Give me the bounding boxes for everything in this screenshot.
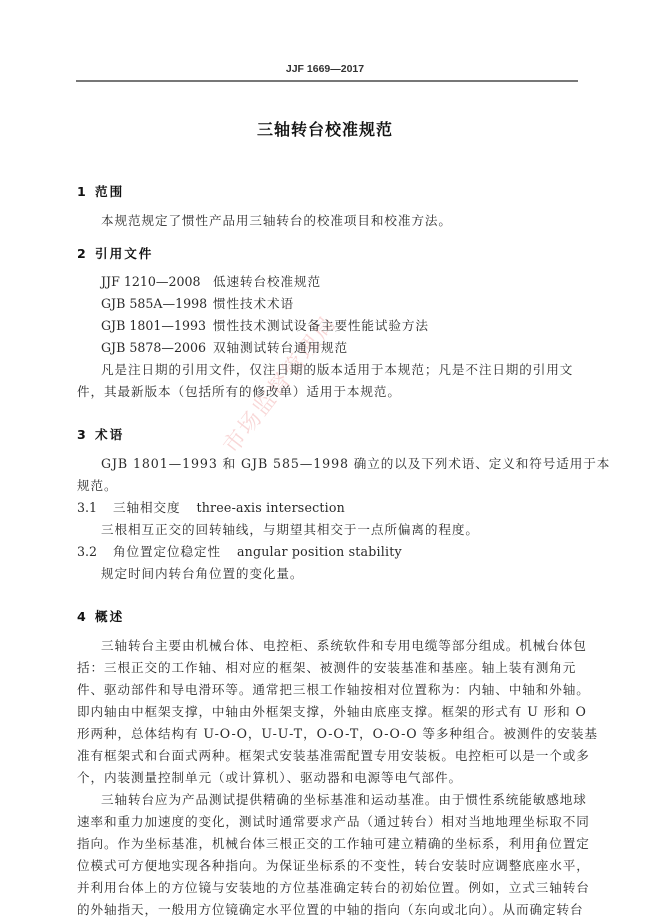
section-heading-1: 1范围	[77, 181, 124, 200]
term-number: 3.2	[77, 544, 113, 560]
reference-code: GJB 1801—1993	[101, 318, 213, 334]
term-entry-3-1: 3.1三轴相交度three-axis intersection	[77, 500, 345, 516]
section-number: 1	[77, 184, 95, 199]
header-rule	[76, 80, 578, 82]
term-number: 3.1	[77, 500, 113, 516]
section-number: 3	[77, 427, 95, 442]
paragraph-line: 速率和重力加速度的变化，测试时通常要求产品（通过转台）相对当地地理坐标取不同	[77, 814, 590, 830]
reference-item: GJB 5878—2006双轴测试转台通用规范	[101, 340, 348, 356]
section-label: 引用文件	[95, 246, 153, 261]
reference-title: 惯性技术测试设备主要性能试验方法	[213, 318, 429, 333]
paragraph-line: 本规范规定了惯性产品用三轴转台的校准项目和校准方法。	[101, 213, 452, 229]
reference-title: 低速转台校准规范	[213, 274, 321, 289]
paragraph-line: 件、驱动部件和导电滑环等。通常把三根工作轴按相对位置称为：内轴、中轴和外轴。	[77, 682, 590, 698]
paragraph-line: 并利用台体上的方位镜与安装地的方位基准确定转台的初始位置。例如，立式三轴转台	[77, 880, 590, 896]
page-title: 三轴转台校准规范	[0, 117, 650, 140]
paragraph-line: 即内轴由中框架支撑，中轴由外框架支撑，外轴由底座支撑。框架的形式有 U 形和 O	[77, 704, 587, 720]
term-chinese: 三轴相交度	[113, 500, 180, 515]
reference-item: GJB 585A—1998惯性技术术语	[101, 296, 294, 312]
term-chinese: 角位置定位稳定性	[113, 544, 221, 559]
paragraph-line: 的外轴指天，一般用方位镜确定水平位置的中轴的指向（东向或北向）。从而确定转台	[77, 902, 583, 918]
section-label: 术语	[95, 427, 124, 442]
page-number: 1	[535, 842, 542, 855]
reference-title: 惯性技术术语	[213, 296, 294, 311]
document-page: JJF 1669—2017 三轴转台校准规范 市场监督管理局 1范围 本规范规定…	[0, 0, 650, 920]
reference-code: JJF 1210—2008	[101, 274, 213, 290]
paragraph-line: 指向。作为坐标基准，机械台体三根正交的工作轴可建立精确的坐标系，利用角位置定	[77, 836, 590, 852]
paragraph-line: 个，内装测量控制单元（或计算机）、驱动器和电源等电气部件。	[77, 770, 462, 786]
section-heading-2: 2引用文件	[77, 243, 153, 262]
term-entry-3-2: 3.2角位置定位稳定性angular position stability	[77, 544, 402, 560]
section-heading-4: 4概述	[77, 606, 124, 625]
paragraph-line: 规范。	[77, 478, 117, 494]
reference-code: GJB 5878—2006	[101, 340, 213, 356]
paragraph-line: 三轴转台应为产品测试提供精确的坐标基准和运动基准。由于惯性系统能敏感地球	[101, 792, 587, 808]
paragraph-line: GJB 1801—1993 和 GJB 585—1998 确立的以及下列术语、定…	[101, 456, 610, 472]
standard-code-header: JJF 1669—2017	[0, 63, 650, 75]
reference-item: GJB 1801—1993惯性技术测试设备主要性能试验方法	[101, 318, 429, 334]
section-label: 概述	[95, 609, 124, 624]
section-heading-3: 3术语	[77, 424, 124, 443]
paragraph-line: 准有框架式和台面式两种。框架式安装基准需配置专用安装板。电控柜可以是一个或多	[77, 748, 590, 764]
term-english: angular position stability	[237, 544, 402, 559]
paragraph-line: 件，其最新版本（包括所有的修改单）适用于本规范。	[77, 384, 401, 400]
paragraph-line: 位模式可方便地实现各种指向。为保证坐标系的不变性，转台安装时应调整底座水平，	[77, 858, 590, 874]
paragraph-line: 括：三根正交的工作轴、相对应的框架、被测件的安装基准和基座。轴上装有测角元	[77, 660, 576, 676]
reference-title: 双轴测试转台通用规范	[213, 340, 348, 355]
paragraph-line: 凡是注日期的引用文件，仅注日期的版本适用于本规范；凡是不注日期的引用文	[101, 362, 573, 378]
term-definition: 规定时间内转台角位置的变化量。	[101, 566, 303, 582]
paragraph-line: 形两种，总体结构有 U-O-O，U-U-T，O-O-T，O-O-O 等多种组合。…	[77, 726, 598, 742]
section-number: 4	[77, 609, 95, 624]
term-english: three-axis intersection	[196, 500, 344, 515]
section-number: 2	[77, 246, 95, 261]
term-definition: 三根相互正交的回转轴线，与期望其相交于一点所偏离的程度。	[101, 522, 479, 538]
section-label: 范围	[95, 184, 124, 199]
reference-code: GJB 585A—1998	[101, 296, 213, 312]
reference-item: JJF 1210—2008低速转台校准规范	[101, 274, 321, 290]
paragraph-line: 三轴转台主要由机械台体、电控柜、系统软件和专用电缆等部分组成。机械台体包	[101, 638, 587, 654]
